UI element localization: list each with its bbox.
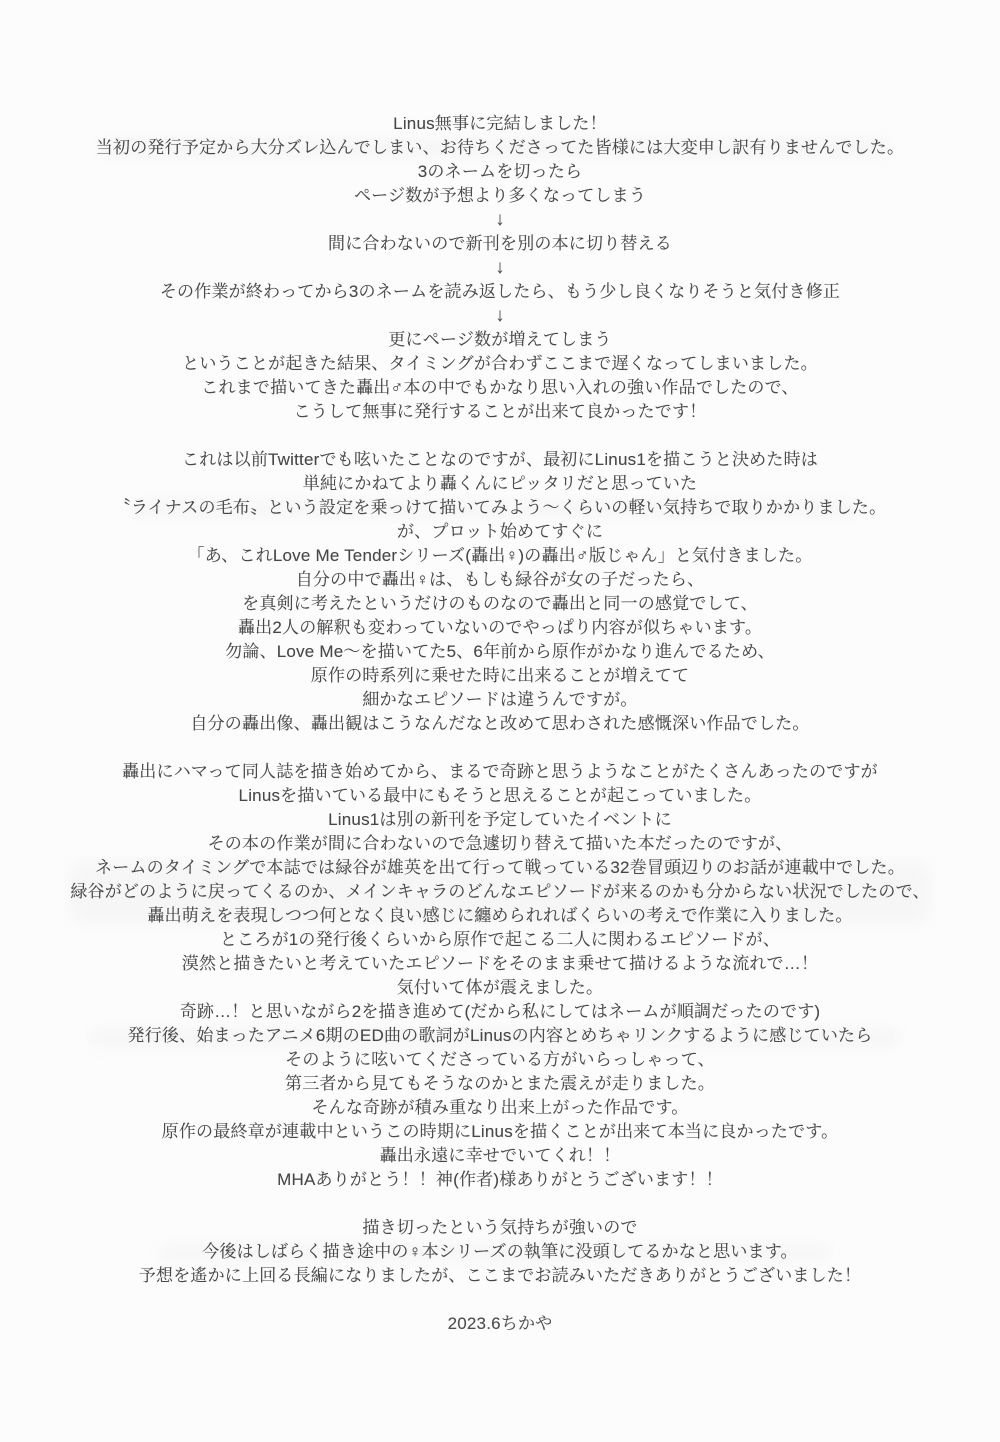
text-line: Linus無事に完結しました！ [0,112,1000,136]
signature: 2023.6ちかや [0,1312,1000,1336]
text-line: 単純にかねてより轟くんにピッタリだと思っていた [0,472,1000,496]
text-line: これまで描いてきた轟出♂本の中でもかなり思い入れの強い作品でしたので、 [0,376,1000,400]
text-line: 自分の中で轟出♀は、もしも緑谷が女の子だったら、 [0,568,1000,592]
text-line: ということが起きた結果、タイミングが合わずここまで遅くなってしまいました。 [0,352,1000,376]
arrow-down-glyph: ↓ [0,208,1000,232]
text-line: そのように呟いてくださっている方がいらっしゃって、 [0,1048,1000,1072]
arrow-down-glyph: ↓ [0,256,1000,280]
text-line: こうして無事に発行することが出来て良かったです！ [0,400,1000,424]
text-line: 〝ライナスの毛布〟という設定を乗っけて描いてみよう〜くらいの軽い気持ちで取りかか… [0,496,1000,520]
text-line: 更にページ数が増えてしまう [0,328,1000,352]
text-line: 発行後、始まったアニメ6期のED曲の歌詞がLinusの内容とめちゃリンクするよう… [0,1024,1000,1048]
text-line: 描き切ったという気持ちが強いので [0,1216,1000,1240]
text-line: 気付いて体が震えました。 [0,976,1000,1000]
text-line: 緑谷がどのように戻ってくるのか、メインキャラのどんなエピソードが来るのかも分から… [0,880,1000,904]
text-line: 自分の轟出像、轟出観はこうなんだなと改めて思わされた感慨深い作品でした。 [0,712,1000,736]
text-line: 「あ、これLove Me Tenderシリーズ(轟出♀)の轟出♂版じゃん」と気付… [0,544,1000,568]
text-line: 奇跡…！と思いながら2を描き進めて(だから私にしてはネームが順調だったのです) [0,1000,1000,1024]
text-line: その作業が終わってから3のネームを読み返したら、もう少し良くなりそうと気付き修正 [0,280,1000,304]
arrow-down-glyph: ↓ [0,304,1000,328]
text-line: 間に合わないので新刊を別の本に切り替える [0,232,1000,256]
blank-line [0,736,1000,760]
text-line: Linusを描いている最中にもそうと思えることが起こっていました。 [0,784,1000,808]
text-line: これは以前Twitterでも呟いたことなのですが、最初にLinus1を描こうと決… [0,448,1000,472]
text-line: MHAありがとう！！神(作者)様ありがとうございます！！ [0,1168,1000,1192]
text-line: 原作の時系列に乗せた時に出来ることが増えてて [0,664,1000,688]
blank-line [0,1192,1000,1216]
afterword-text: Linus無事に完結しました！当初の発行予定から大分ズレ込んでしまい、お待ちくだ… [0,112,1000,1336]
text-line: ページ数が予想より多くなってしまう [0,184,1000,208]
text-line: 勿論、Love Me〜を描いてた5、6年前から原作がかなり進んでるため、 [0,640,1000,664]
text-line: 轟出永遠に幸せでいてくれ！！ [0,1144,1000,1168]
text-line: 予想を遙かに上回る長編になりましたが、ここまでお読みいただきありがとうございまし… [0,1264,1000,1288]
text-line: が、プロット始めてすぐに [0,520,1000,544]
text-line: その本の作業が間に合わないので急遽切り替えて描いた本だったのですが、 [0,832,1000,856]
afterword-page: Linus無事に完結しました！当初の発行予定から大分ズレ込んでしまい、お待ちくだ… [0,0,1000,1442]
text-line: 轟出萌えを表現しつつ何となく良い感じに纏められればくらいの考えで作業に入りました… [0,904,1000,928]
text-line: 第三者から見てもそうなのかとまた震えが走りました。 [0,1072,1000,1096]
text-line: を真剣に考えたというだけのものなので轟出と同一の感覚でして、 [0,592,1000,616]
text-line: そんな奇跡が積み重なり出来上がった作品です。 [0,1096,1000,1120]
text-line: 3のネームを切ったら [0,160,1000,184]
text-line: Linus1は別の新刊を予定していたイベントに [0,808,1000,832]
text-line: 轟出にハマって同人誌を描き始めてから、まるで奇跡と思うようなことがたくさんあった… [0,760,1000,784]
text-line: 今後はしばらく描き途中の♀本シリーズの執筆に没頭してるかなと思います。 [0,1240,1000,1264]
text-line: 当初の発行予定から大分ズレ込んでしまい、お待ちくださってた皆様には大変申し訳有り… [0,136,1000,160]
text-line: 轟出2人の解釈も変わっていないのでやっぱり内容が似ちゃいます。 [0,616,1000,640]
text-line: 漠然と描きたいと考えていたエピソードをそのまま乗せて描けるような流れで…！ [0,952,1000,976]
text-line: 原作の最終章が連載中というこの時期にLinusを描くことが出来て本当に良かったで… [0,1120,1000,1144]
text-line: 細かなエピソードは違うんですが。 [0,688,1000,712]
text-line: ところが1の発行後くらいから原作で起こる二人に関わるエピソードが、 [0,928,1000,952]
blank-line [0,424,1000,448]
text-line: ネームのタイミングで本誌では緑谷が雄英を出て行って戦っている32巻冒頭辺りのお話… [0,856,1000,880]
